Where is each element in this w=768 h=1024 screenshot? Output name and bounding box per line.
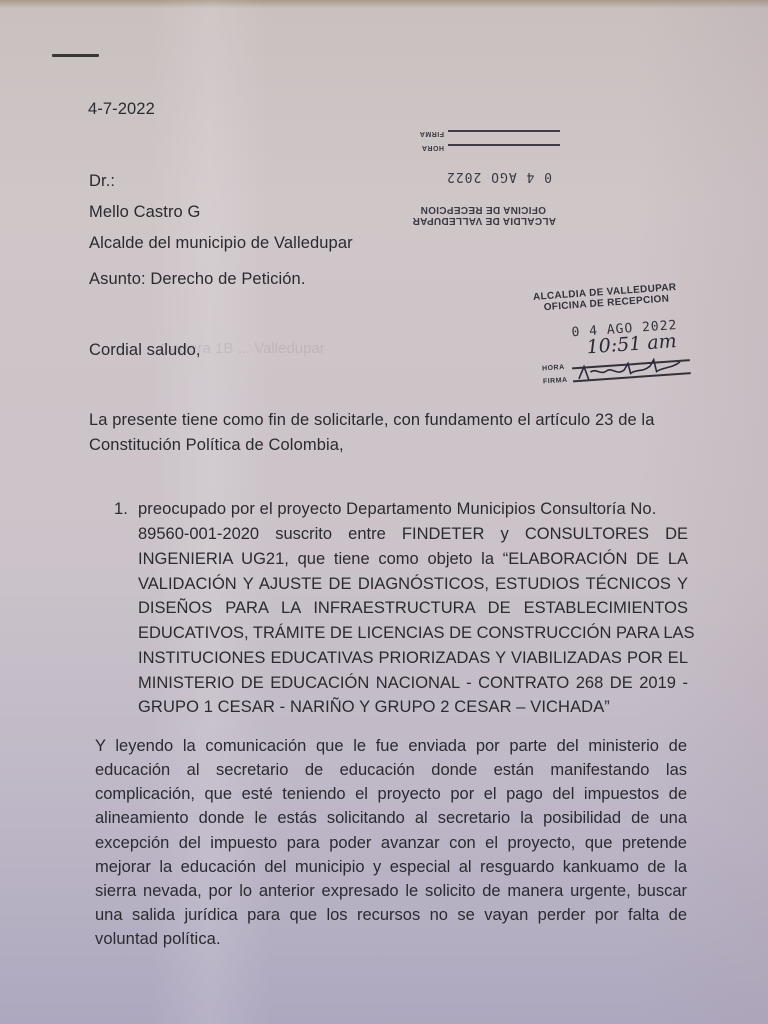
stamp-hora-label: HORA [542, 364, 565, 373]
recipient-position: Alcalde del municipio de Valledupar [89, 234, 353, 253]
body-line: complicación, que esté teniendo el proye… [95, 785, 687, 804]
greeting: Cordial saludo, [89, 341, 201, 360]
list-line: GRUPO 1 CESAR - NARIÑO Y GRUPO 2 CESAR –… [138, 698, 610, 717]
reception-stamp-upside-down: ALCALDIA DE VALLEDUPAR OFICINA DE RECEPC… [400, 118, 560, 228]
list-line: DISEÑOS PARA LA INFRAESTRUCTURA DE ESTAB… [138, 599, 688, 618]
ink-dash-mark [52, 54, 99, 57]
intro-line-2: Constitución Política de Colombia, [89, 436, 344, 455]
intro-line-1: La presente tiene como fin de solicitarl… [89, 411, 654, 430]
list-line: preocupado por el proyecto Departamento … [138, 500, 656, 519]
signature-scribble-icon [576, 355, 687, 385]
stamp-firma-line [448, 131, 560, 133]
body-line: voluntad política. [95, 930, 221, 949]
body-line: educación al secretario de educación don… [95, 761, 687, 780]
recipient-name: Mello Castro G [89, 203, 200, 222]
stamp-org-line-2: OFICINA DE RECEPCION [420, 204, 546, 215]
reception-stamp: ALCALDIA DE VALLEDUPAR OFICINA DE RECEPC… [532, 271, 699, 392]
list-line: VALIDACIÓN Y AJUSTE DE DIAGNÓSTICOS, EST… [138, 575, 688, 594]
body-line: Y leyendo la comunicación que le fue env… [95, 737, 687, 756]
body-line: sierra nevada, por lo anterior expresado… [95, 882, 687, 901]
subject-line: Asunto: Derecho de Petición. [89, 270, 306, 289]
list-line: MINISTERIO DE EDUCACIÓN NACIONAL - CONTR… [138, 674, 688, 693]
salutation-title: Dr.: [89, 172, 115, 191]
list-line: 89560-001-2020 suscrito entre FINDETER y… [138, 525, 688, 544]
stamp-date: 0 4 AGO 2022 [446, 169, 552, 184]
list-line: INSTITUCIONES EDUCATIVAS PRIORIZADAS Y V… [138, 649, 688, 668]
stamp-org-line-1: ALCALDIA DE VALLEDUPAR [412, 215, 556, 226]
list-number: 1. [114, 500, 128, 519]
body-line: alineamiento donde le estás solicitando … [95, 809, 687, 828]
stamp-firma-label: FIRMA [419, 130, 444, 137]
body-line: excepción del impuesto para poder avanza… [95, 834, 687, 853]
stamp-hora-label: HORA [421, 144, 444, 151]
stamp-hora-line [448, 145, 560, 147]
list-line: INGENIERIA UG21, que tiene como objeto l… [138, 550, 688, 569]
paper-top-edge [0, 0, 768, 8]
body-line: mejorar la educación del municipio y esp… [95, 858, 687, 877]
letter-date: 4-7-2022 [88, 100, 155, 119]
stamp-firma-label: FIRMA [543, 377, 568, 386]
list-line: EDUCATIVOS, TRÁMITE DE LICENCIAS DE CONS… [138, 624, 688, 643]
body-line: una salida jurídica para que los recurso… [95, 906, 687, 925]
